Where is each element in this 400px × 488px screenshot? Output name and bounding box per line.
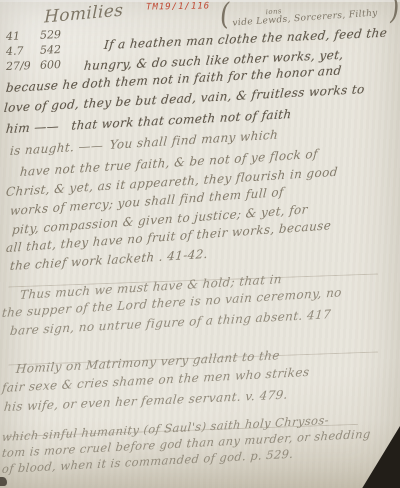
- manuscript-page: Homilies TM19/1/116 ( ions vide Lewds, S…: [0, 0, 400, 488]
- side-note-open-paren: (: [219, 9, 230, 21]
- paragraph-chrysostom-note: which sinful humanity (of Saul's) saith …: [0, 428, 400, 478]
- paragraph-homily-on-faith: If a heathen man clothe the naked, feed …: [0, 36, 400, 275]
- page-title: Homilies: [44, 0, 124, 27]
- paragraph-homily-on-matrimony: Homily on Matrimony very gallant to the …: [0, 360, 400, 416]
- page-edge-blemish: [0, 477, 7, 486]
- side-note-close-paren: ): [389, 3, 400, 15]
- paragraph-supper-of-the-lord: Thus much we must have & hold; that in t…: [0, 286, 400, 340]
- archive-catalog-number: TM19/1/116: [146, 1, 210, 12]
